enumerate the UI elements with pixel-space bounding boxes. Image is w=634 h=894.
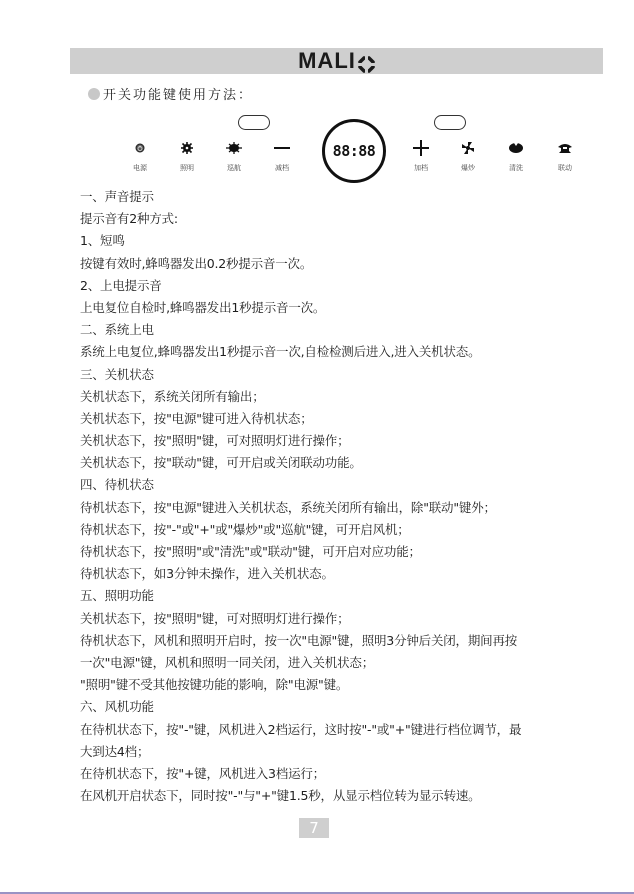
text-line: 待机状态下，风机和照明开启时，按一次"电源"键，照明3分钟后关闭，期间再按 (80, 630, 600, 652)
text-line: 待机状态下，按"照明"或"清洗"或"联动"键，可开启对应功能； (80, 541, 600, 563)
instructions-body: 一、声音提示 提示音有2种方式: 1、短鸣 按键有效时,蜂鸣器发出0.2秒提示音… (80, 186, 600, 807)
timer-display: 88:88 (322, 119, 386, 183)
touch-slot-left (238, 115, 270, 130)
section-heading: 六、风机功能 (80, 696, 600, 718)
text-line: 在风机开启状态下，同时按"-"与"+"键1.5秒，从显示档位转为显示转速。 (80, 785, 600, 807)
key-plus: 加档 (401, 138, 441, 173)
display-digits: 88:88 (333, 142, 376, 160)
key-light: 照明 (167, 138, 207, 173)
section-heading: 三、关机状态 (80, 364, 600, 386)
key-label: 巡航 (214, 163, 254, 173)
section-heading: 四、待机状态 (80, 474, 600, 496)
text-line: 一次"电源"键，风机和照明一同关闭，进入关机状态； (80, 652, 600, 674)
minus-icon (262, 138, 302, 158)
touch-slot-right (434, 115, 466, 130)
text-line: 关机状态下，按"照明"键，可对照明灯进行操作； (80, 608, 600, 630)
key-label: 联动 (545, 163, 585, 173)
text-line: 待机状态下，按"-"或"+"或"爆炒"或"巡航"键，可开启风机； (80, 519, 600, 541)
control-panel-diagram: 电源 照明 巡航 减档 88:88 加档 爆炒 (0, 110, 634, 185)
text-line: 在待机状态下，按"+键，风机进入3档运行； (80, 763, 600, 785)
page-number: 7 (299, 818, 329, 838)
brand-text: MALI (298, 48, 356, 74)
text-line: 关机状态下，按"联动"键，可开启或关闭联动功能。 (80, 452, 600, 474)
text-line: 系统上电复位,蜂鸣器发出1秒提示音一次,自检检测后进入,进入关机状态。 (80, 341, 600, 363)
fan-boost-icon (448, 138, 488, 158)
key-boost: 爆炒 (448, 138, 488, 173)
text-line: 大到达4档； (80, 741, 600, 763)
text-line: 按键有效时,蜂鸣器发出0.2秒提示音一次。 (80, 253, 600, 275)
text-line: 关机状态下，按"照明"键，可对照明灯进行操作； (80, 430, 600, 452)
key-clean: 清洗 (496, 138, 536, 173)
text-line: 关机状态下，系统关闭所有输出； (80, 386, 600, 408)
clean-icon (496, 138, 536, 158)
cruise-icon (214, 138, 254, 158)
key-minus: 减档 (262, 138, 302, 173)
text-line: 在待机状态下，按"-"键，风机进入2档运行，这时按"-"或"+"键进行档位调节，… (80, 719, 600, 741)
key-label: 电源 (120, 163, 160, 173)
section-heading: 五、照明功能 (80, 585, 600, 607)
key-power: 电源 (120, 138, 160, 173)
key-label: 照明 (167, 163, 207, 173)
text-line: 待机状态下，按"电源"键进入关机状态，系统关闭所有输出，除"联动"键外； (80, 497, 600, 519)
text-line: 提示音有2种方式: (80, 208, 600, 230)
power-icon (120, 138, 160, 158)
brand-o-icon (358, 53, 375, 70)
text-line: "照明"键不受其他按键功能的影响，除"电源"键。 (80, 674, 600, 696)
key-label: 清洗 (496, 163, 536, 173)
link-icon (545, 138, 585, 158)
text-line: 待机状态下，如3分钟未操作，进入关机状态。 (80, 563, 600, 585)
key-cruise: 巡航 (214, 138, 254, 173)
section-heading: 一、声音提示 (80, 186, 600, 208)
header-bar: MALI (70, 48, 603, 74)
key-label: 减档 (262, 163, 302, 173)
subtitle-text: 开关功能键使用方法： (103, 84, 253, 103)
key-link: 联动 (545, 138, 585, 173)
key-label: 加档 (401, 163, 441, 173)
subheading: 2、上电提示音 (80, 275, 600, 297)
text-line: 上电复位自检时,蜂鸣器发出1秒提示音一次。 (80, 297, 600, 319)
section-heading: 二、系统上电 (80, 319, 600, 341)
bullet-icon (88, 88, 100, 100)
plus-icon (401, 138, 441, 158)
light-icon (167, 138, 207, 158)
section-subtitle: 开关功能键使用方法： (88, 84, 253, 103)
key-label: 爆炒 (448, 163, 488, 173)
brand-logo: MALI (298, 48, 375, 74)
text-line: 关机状态下，按"电源"键可进入待机状态； (80, 408, 600, 430)
subheading: 1、短鸣 (80, 230, 600, 252)
